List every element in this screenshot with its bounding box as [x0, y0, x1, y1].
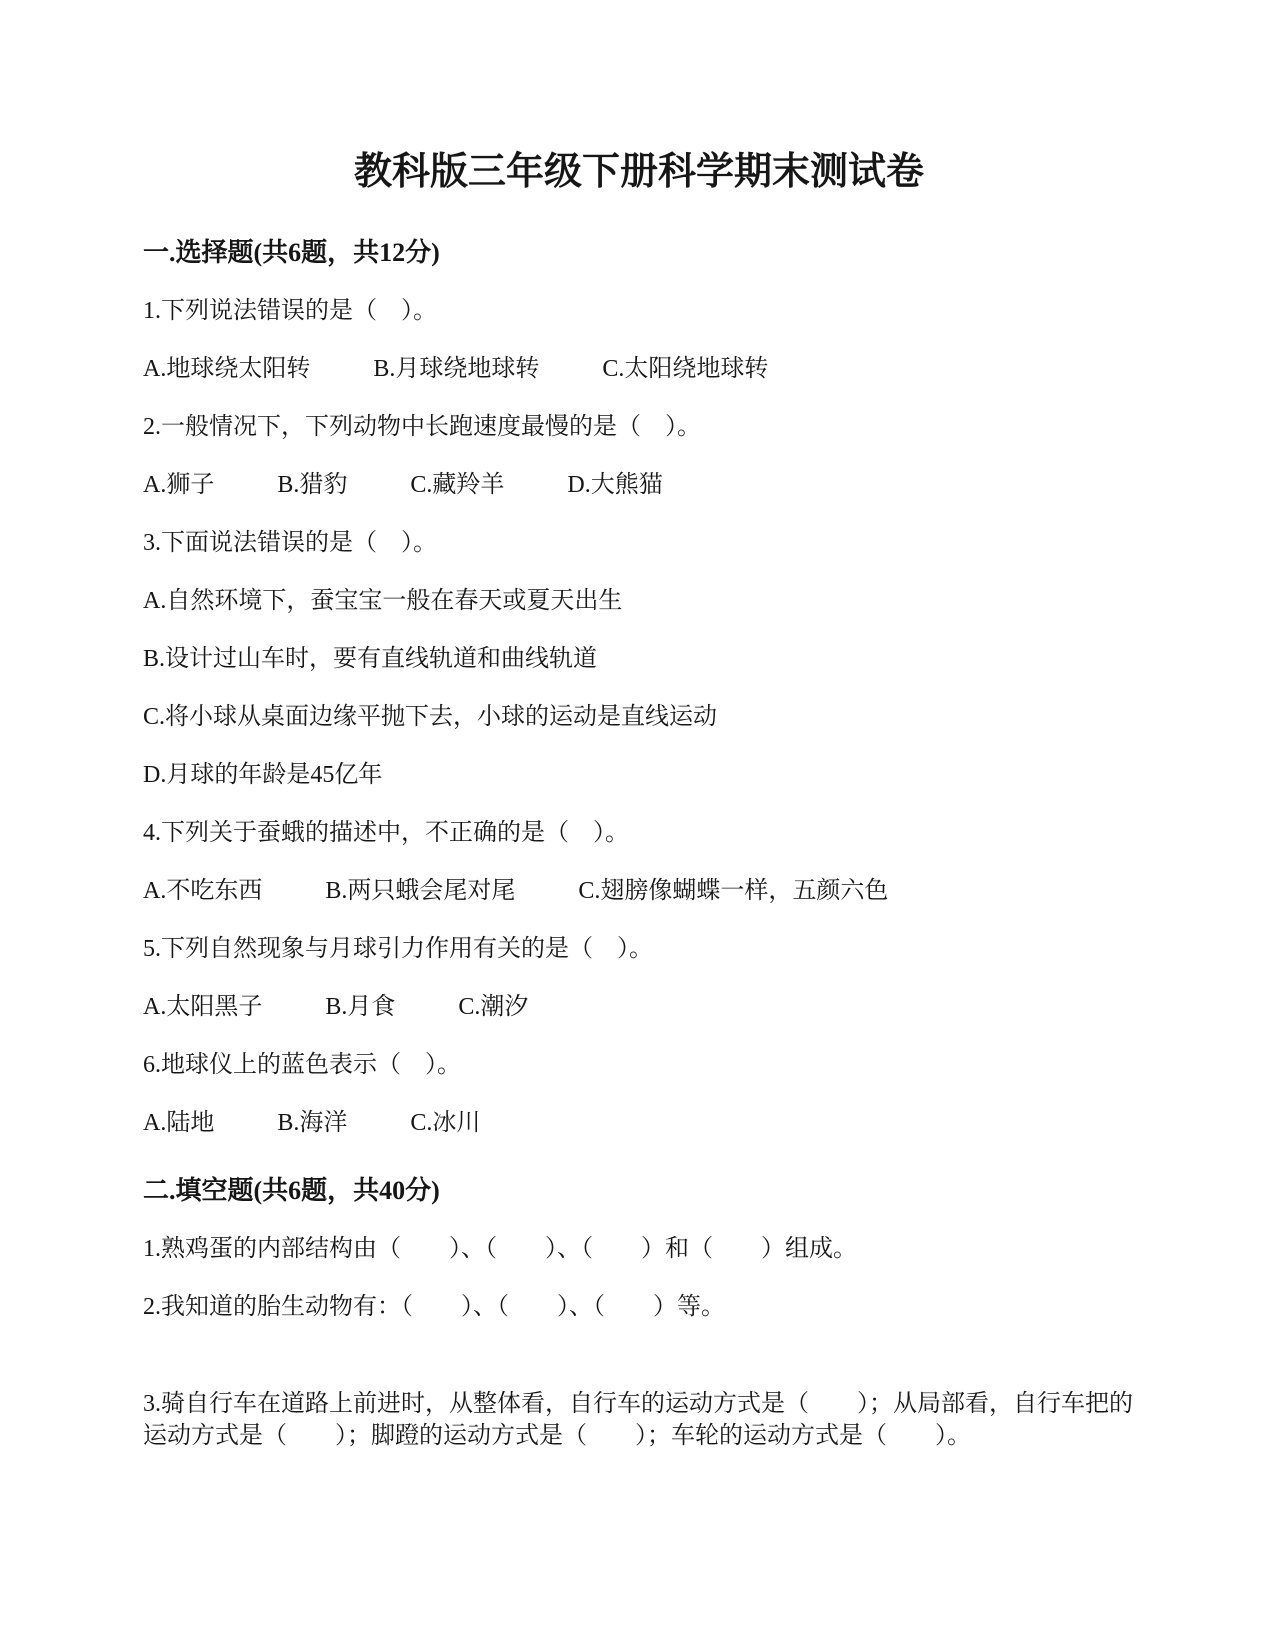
page-content: 教科版三年级下册科学期末测试卷 一.选择题(共6题，共12分) 1.下列说法错误… — [0, 0, 1275, 1452]
q6-options: A.陆地 B.海洋 C.冰川 — [143, 1107, 1135, 1139]
page-title: 教科版三年级下册科学期末测试卷 — [143, 150, 1135, 194]
q1-option-a: A.地球绕太阳转 — [143, 353, 310, 385]
q5-options: A.太阳黑子 B.月食 C.潮汐 — [143, 991, 1135, 1023]
q6-option-c: C.冰川 — [410, 1107, 480, 1139]
q1-text: 1.下列说法错误的是（ ）。 — [143, 295, 1135, 327]
fill2-text: 2.我知道的胎生动物有：（ ）、（ ）、（ ）等。 — [143, 1291, 1135, 1323]
q6-option-a: A.陆地 — [143, 1107, 214, 1139]
fill1-text: 1.熟鸡蛋的内部结构由（ ）、（ ）、（ ）和（ ）组成。 — [143, 1233, 1135, 1265]
q2-option-b: B.猎豹 — [277, 469, 347, 501]
q3-option-a: A.自然环境下，蚕宝宝一般在春天或夏天出生 — [143, 585, 1135, 617]
q3-option-d: D.月球的年龄是45亿年 — [143, 759, 1135, 791]
q2-option-a: A.狮子 — [143, 469, 214, 501]
q3-option-c: C.将小球从桌面边缘平抛下去，小球的运动是直线运动 — [143, 701, 1135, 733]
q1-option-b: B.月球绕地球转 — [373, 353, 539, 385]
section-fill: 二.填空题(共6题，共40分) 1.熟鸡蛋的内部结构由（ ）、（ ）、（ ）和（… — [143, 1175, 1135, 1452]
q4-option-a: A.不吃东西 — [143, 875, 262, 907]
q2-option-d: D.大熊猫 — [567, 469, 662, 501]
section-fill-heading: 二.填空题(共6题，共40分) — [143, 1175, 1135, 1207]
q1-options: A.地球绕太阳转 B.月球绕地球转 C.太阳绕地球转 — [143, 353, 1135, 385]
section-choice-heading: 一.选择题(共6题，共12分) — [143, 237, 1135, 269]
q2-option-c: C.藏羚羊 — [410, 469, 504, 501]
q2-text: 2.一般情况下，下列动物中长跑速度最慢的是（ ）。 — [143, 411, 1135, 443]
q5-option-c: C.潮汐 — [458, 991, 528, 1023]
section-choice: 一.选择题(共6题，共12分) 1.下列说法错误的是（ ）。 A.地球绕太阳转 … — [143, 237, 1135, 1139]
q3-option-b: B.设计过山车时，要有直线轨道和曲线轨道 — [143, 643, 1135, 675]
q6-text: 6.地球仪上的蓝色表示（ ）。 — [143, 1049, 1135, 1081]
q2-options: A.狮子 B.猎豹 C.藏羚羊 D.大熊猫 — [143, 469, 1135, 501]
q1-option-c: C.太阳绕地球转 — [602, 353, 768, 385]
q5-option-a: A.太阳黑子 — [143, 991, 262, 1023]
q4-option-c: C.翅膀像蝴蝶一样，五颜六色 — [578, 875, 888, 907]
q5-text: 5.下列自然现象与月球引力作用有关的是（ ）。 — [143, 933, 1135, 965]
q4-options: A.不吃东西 B.两只蛾会尾对尾 C.翅膀像蝴蝶一样，五颜六色 — [143, 875, 1135, 907]
q5-option-b: B.月食 — [325, 991, 395, 1023]
q6-option-b: B.海洋 — [277, 1107, 347, 1139]
q4-option-b: B.两只蛾会尾对尾 — [325, 875, 515, 907]
exam-page: 教科版三年级下册科学期末测试卷 一.选择题(共6题，共12分) 1.下列说法错误… — [0, 0, 1275, 1650]
q4-text: 4.下列关于蚕蛾的描述中，不正确的是（ ）。 — [143, 817, 1135, 849]
q3-text: 3.下面说法错误的是（ ）。 — [143, 527, 1135, 559]
fill3-text: 3.骑自行车在道路上前进时，从整体看，自行车的运动方式是（ ）；从局部看，自行车… — [143, 1388, 1135, 1452]
